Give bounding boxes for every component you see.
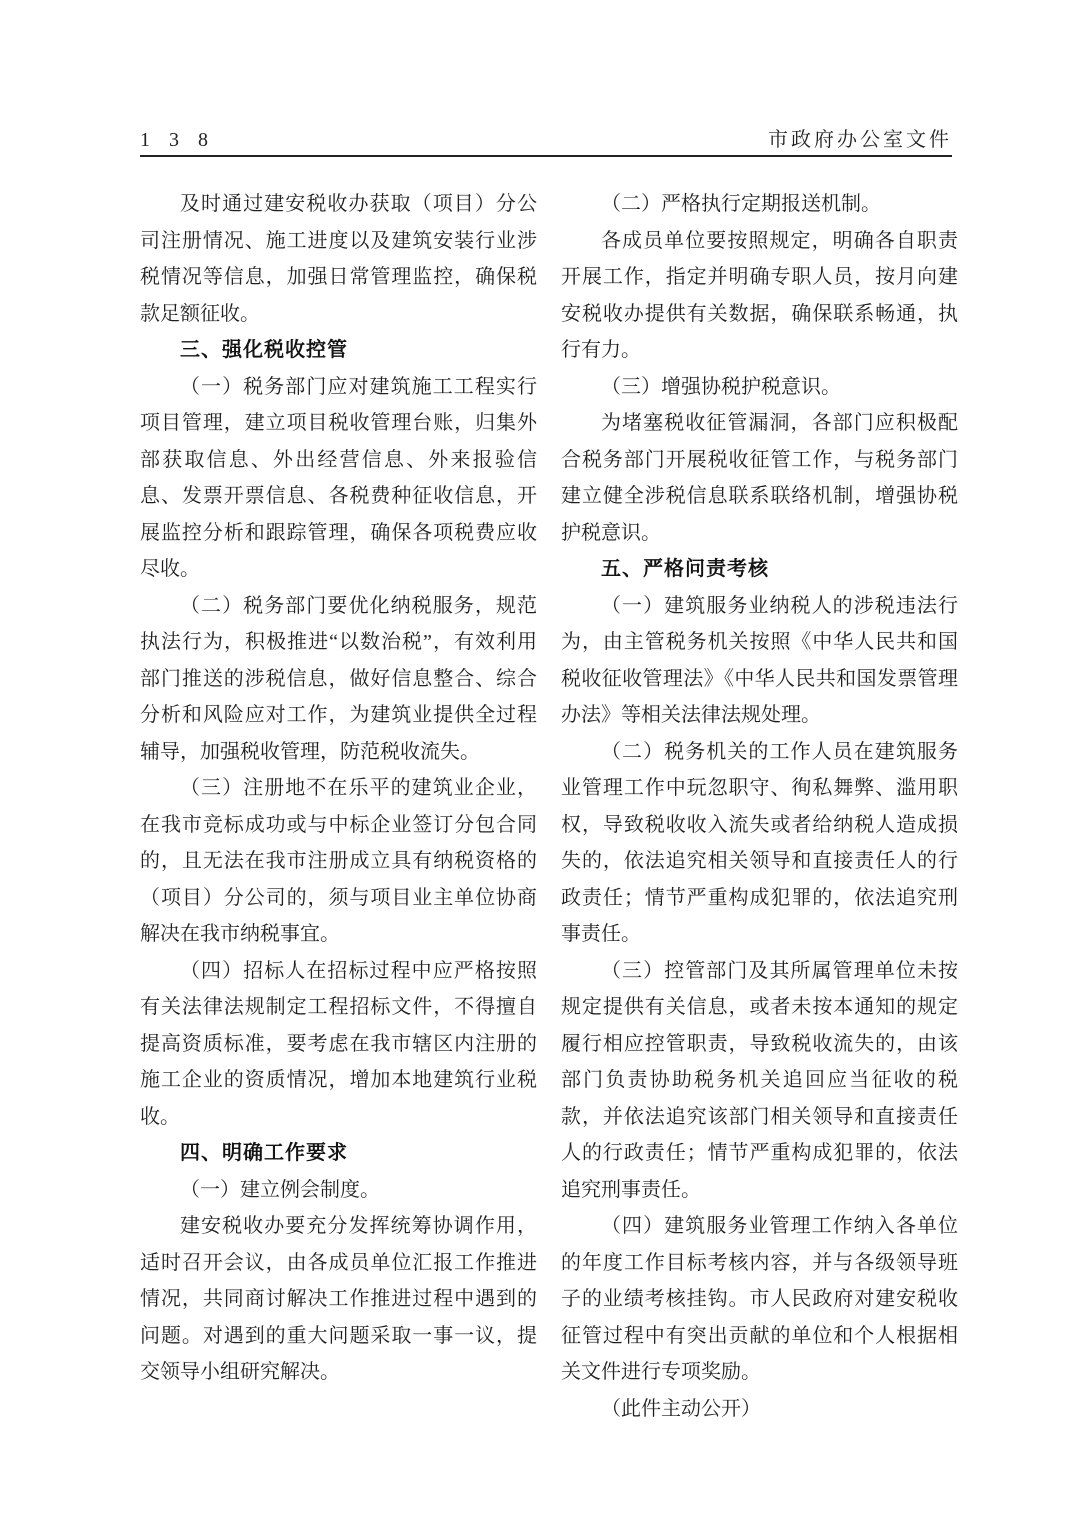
section-heading: 五、严格问责考核 <box>561 551 958 588</box>
public-disclosure-note: （此件主动公开） <box>561 1391 958 1428</box>
paragraph: （四）建筑服务业管理工作纳入各单位的年度工作目标考核内容，并与各级领导班子的业绩… <box>561 1208 958 1391</box>
paragraph: （二）税务机关的工作人员在建筑服务业管理工作中玩忽职守、徇私舞弊、滥用职权，导致… <box>561 734 958 953</box>
paragraph: （四）招标人在招标过程中应严格按照有关法律法规制定工程招标文件，不得擅自提高资质… <box>140 953 537 1136</box>
document-body: 及时通过建安税收办获取（项目）分公司注册情况、施工进度以及建筑安装行业涉税情况等… <box>140 186 958 1427</box>
section-heading: 四、明确工作要求 <box>140 1135 537 1172</box>
sub-heading: （三）增强协税护税意识。 <box>561 369 958 406</box>
sub-heading: （一）建立例会制度。 <box>140 1172 537 1209</box>
right-column: （二）严格执行定期报送机制。 各成员单位要按照规定，明确各自职责开展工作，指定并… <box>561 186 958 1427</box>
page-header: 1 3 8 市政府办公室文件 <box>140 130 952 157</box>
paragraph: （三）控管部门及其所属管理单位未按规定提供有关信息，或者未按本通知的规定履行相应… <box>561 953 958 1209</box>
document-page: 1 3 8 市政府办公室文件 及时通过建安税收办获取（项目）分公司注册情况、施工… <box>0 0 1074 1520</box>
paragraph: 建安税收办要充分发挥统筹协调作用，适时召开会议，由各成员单位汇报工作推进情况，共… <box>140 1208 537 1391</box>
paragraph: 各成员单位要按照规定，明确各自职责开展工作，指定并明确专职人员，按月向建安税收办… <box>561 223 958 369</box>
paragraph: 及时通过建安税收办获取（项目）分公司注册情况、施工进度以及建筑安装行业涉税情况等… <box>140 186 537 332</box>
sub-heading: （二）严格执行定期报送机制。 <box>561 186 958 223</box>
section-heading: 三、强化税收控管 <box>140 332 537 369</box>
paragraph: （一）建筑服务业纳税人的涉税违法行为，由主管税务机关按照《中华人民共和国税收征收… <box>561 588 958 734</box>
left-column: 及时通过建安税收办获取（项目）分公司注册情况、施工进度以及建筑安装行业涉税情况等… <box>140 186 537 1427</box>
paragraph: 为堵塞税收征管漏洞，各部门应积极配合税务部门开展税收征管工作，与税务部门建立健全… <box>561 405 958 551</box>
header-label: 市政府办公室文件 <box>768 130 952 150</box>
paragraph: （一）税务部门应对建筑施工工程实行项目管理，建立项目税收管理台账，归集外部获取信… <box>140 369 537 588</box>
page-number: 1 3 8 <box>140 130 215 150</box>
paragraph: （三）注册地不在乐平的建筑业企业，在我市竞标成功或与中标企业签订分包合同的，且无… <box>140 770 537 953</box>
paragraph: （二）税务部门要优化纳税服务，规范执法行为，积极推进“以数治税”，有效利用部门推… <box>140 588 537 771</box>
